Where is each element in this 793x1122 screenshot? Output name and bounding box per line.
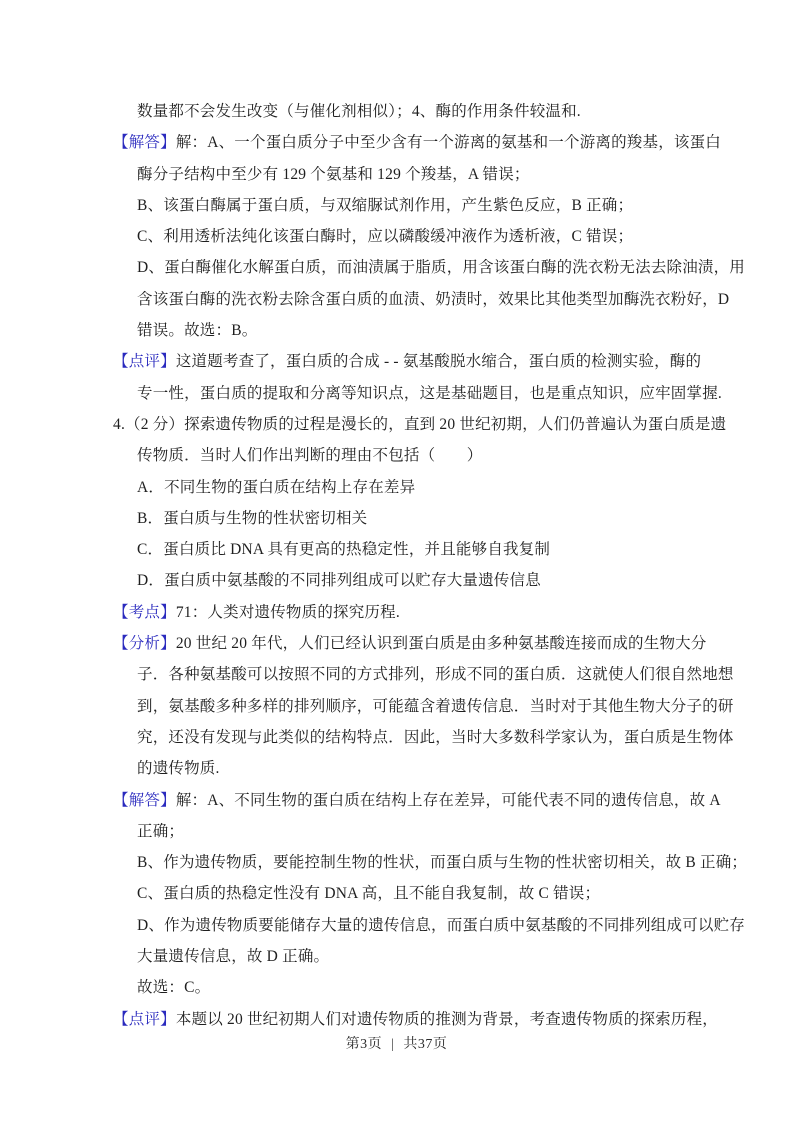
text-line: 【分析】20 世纪 20 年代，人们已经认识到蛋白质是由多种氨基酸连接而成的生物… (113, 628, 723, 659)
text-line: 【解答】解：A、一个蛋白质分子中至少含有一个游离的氨基和一个游离的羧基，该蛋白 (113, 127, 723, 158)
line-text: 71：人类对遗传物质的探究历程. (176, 604, 400, 621)
page-body: 数量都不会发生改变（与催化剂相似）；4、酶的作用条件较温和.【解答】解：A、一个… (113, 96, 723, 1035)
text-line: 的遗传物质. (113, 753, 723, 784)
line-text: 到，氨基酸多种多样的排列顺序，可能蕴含着遗传信息．当时对于其他生物大分子的研 (137, 698, 734, 715)
text-line: C、利用透析法纯化该蛋白酶时，应以磷酸缓冲液作为透析液，C 错误； (113, 221, 723, 252)
text-line: A．不同生物的蛋白质在结构上存在差异 (113, 472, 723, 503)
line-text: D、蛋白酶催化水解蛋白质，而油渍属于脂质，用含该蛋白酶的洗衣粉无法去除油渍，用 (137, 259, 745, 276)
text-line: 【点评】本题以 20 世纪初期人们对遗传物质的推测为背景，考查遗传物质的探索历程… (113, 1004, 723, 1035)
line-text: C、利用透析法纯化该蛋白酶时，应以磷酸缓冲液作为透析液，C 错误； (137, 228, 633, 245)
line-text: B、作为遗传物质，要能控制生物的性状，而蛋白质与生物的性状密切相关，故 B 正确… (137, 854, 747, 871)
page-total-label: 共37页 (403, 1037, 447, 1052)
text-line: 错误。故选：B。 (113, 315, 723, 346)
document-page: 数量都不会发生改变（与催化剂相似）；4、酶的作用条件较温和.【解答】解：A、一个… (0, 0, 793, 1122)
line-text: 含该蛋白酶的洗衣粉去除含蛋白质的血渍、奶渍时，效果比其他类型加酶洗衣粉好，D (137, 291, 729, 308)
page-number-label: 第3页 (346, 1037, 383, 1052)
text-line: 【考点】71：人类对遗传物质的探究历程. (113, 597, 723, 628)
line-text: C．蛋白质比 DNA 具有更高的热稳定性，并且能够自我复制 (137, 541, 550, 558)
line-text: A．不同生物的蛋白质在结构上存在差异 (137, 479, 415, 496)
text-line: B、作为遗传物质，要能控制生物的性状，而蛋白质与生物的性状密切相关，故 B 正确… (113, 847, 723, 878)
line-text: 究，还没有发现与此类似的结构特点．因此，当时大多数科学家认为，蛋白质是生物体 (137, 729, 734, 746)
line-text: 这道题考查了，蛋白质的合成 - - 氨基酸脱水缩合，蛋白质的检测实验，酶的 (176, 353, 701, 370)
text-line: 数量都不会发生改变（与催化剂相似）；4、酶的作用条件较温和. (113, 96, 723, 127)
line-text: D．蛋白质中氨基酸的不同排列组成可以贮存大量遗传信息 (137, 572, 541, 589)
footer-separator: | (391, 1037, 394, 1052)
text-line: 究，还没有发现与此类似的结构特点．因此，当时大多数科学家认为，蛋白质是生物体 (113, 722, 723, 753)
line-text: 4.（2 分）探索遗传物质的过程是漫长的，直到 20 世纪初期，人们仍普遍认为蛋… (113, 416, 726, 433)
text-line: 正确； (113, 816, 723, 847)
text-line: C、蛋白质的热稳定性没有 DNA 高，且不能自我复制，故 C 错误； (113, 878, 723, 909)
line-text: 解：A、一个蛋白质分子中至少含有一个游离的氨基和一个游离的羧基，该蛋白 (176, 134, 721, 151)
line-text: 传物质．当时人们作出判断的理由不包括（ ） (137, 447, 482, 464)
line-text: 大量遗传信息，故 D 正确。 (137, 948, 329, 965)
line-text: 专一性，蛋白质的提取和分离等知识点，这是基础题目，也是重点知识，应牢固掌握. (137, 385, 722, 402)
line-text: B、该蛋白酶属于蛋白质，与双缩脲试剂作用，产生紫色反应，B 正确； (137, 197, 633, 214)
page-footer: 第3页|共37页 (0, 1033, 793, 1053)
text-line: 酶分子结构中至少有 129 个氨基和 129 个羧基，A 错误； (113, 159, 723, 190)
line-text: 子．各种氨基酸可以按照不同的方式排列，形成不同的蛋白质．这就使人们很自然地想 (137, 666, 734, 683)
text-line: B．蛋白质与生物的性状密切相关 (113, 503, 723, 534)
text-line: C．蛋白质比 DNA 具有更高的热稳定性，并且能够自我复制 (113, 534, 723, 565)
text-line: B、该蛋白酶属于蛋白质，与双缩脲试剂作用，产生紫色反应，B 正确； (113, 190, 723, 221)
section-tag: 【解答】 (113, 134, 176, 151)
text-line: 含该蛋白酶的洗衣粉去除含蛋白质的血渍、奶渍时，效果比其他类型加酶洗衣粉好，D (113, 284, 723, 315)
text-line: 【点评】这道题考查了，蛋白质的合成 - - 氨基酸脱水缩合，蛋白质的检测实验，酶… (113, 346, 723, 377)
text-line: 子．各种氨基酸可以按照不同的方式排列，形成不同的蛋白质．这就使人们很自然地想 (113, 659, 723, 690)
text-line: 【解答】解：A、不同生物的蛋白质在结构上存在差异，可能代表不同的遗传信息，故 A (113, 785, 723, 816)
text-line: 大量遗传信息，故 D 正确。 (113, 941, 723, 972)
line-text: 错误。故选：B。 (137, 322, 257, 339)
line-text: 本题以 20 世纪初期人们对遗传物质的推测为背景，考查遗传物质的探索历程， (176, 1011, 718, 1028)
section-tag: 【分析】 (113, 635, 176, 652)
text-line: 4.（2 分）探索遗传物质的过程是漫长的，直到 20 世纪初期，人们仍普遍认为蛋… (113, 409, 723, 440)
section-tag: 【解答】 (113, 792, 176, 809)
line-text: C、蛋白质的热稳定性没有 DNA 高，且不能自我复制，故 C 错误； (137, 885, 600, 902)
text-line: D、作为遗传物质要能储存大量的遗传信息，而蛋白质中氨基酸的不同排列组成可以贮存 (113, 910, 723, 941)
text-line: 到，氨基酸多种多样的排列顺序，可能蕴含着遗传信息．当时对于其他生物大分子的研 (113, 691, 723, 722)
text-line: 专一性，蛋白质的提取和分离等知识点，这是基础题目，也是重点知识，应牢固掌握. (113, 378, 723, 409)
line-text: 酶分子结构中至少有 129 个氨基和 129 个羧基，A 错误； (137, 166, 530, 183)
line-text: 解：A、不同生物的蛋白质在结构上存在差异，可能代表不同的遗传信息，故 A (176, 792, 721, 809)
text-line: D．蛋白质中氨基酸的不同排列组成可以贮存大量遗传信息 (113, 565, 723, 596)
line-text: B．蛋白质与生物的性状密切相关 (137, 510, 367, 527)
section-tag: 【考点】 (113, 604, 176, 621)
line-text: 20 世纪 20 年代，人们已经认识到蛋白质是由多种氨基酸连接而成的生物大分 (176, 635, 707, 652)
text-line: D、蛋白酶催化水解蛋白质，而油渍属于脂质，用含该蛋白酶的洗衣粉无法去除油渍，用 (113, 252, 723, 283)
line-text: 的遗传物质. (137, 760, 220, 777)
text-line: 传物质．当时人们作出判断的理由不包括（ ） (113, 440, 723, 471)
line-text: D、作为遗传物质要能储存大量的遗传信息，而蛋白质中氨基酸的不同排列组成可以贮存 (137, 917, 745, 934)
line-text: 正确； (137, 823, 184, 840)
text-line: 故选：C。 (113, 972, 723, 1003)
line-text: 数量都不会发生改变（与催化剂相似）；4、酶的作用条件较温和. (137, 103, 581, 120)
section-tag: 【点评】 (113, 1011, 176, 1028)
line-text: 故选：C。 (137, 979, 210, 996)
section-tag: 【点评】 (113, 353, 176, 370)
